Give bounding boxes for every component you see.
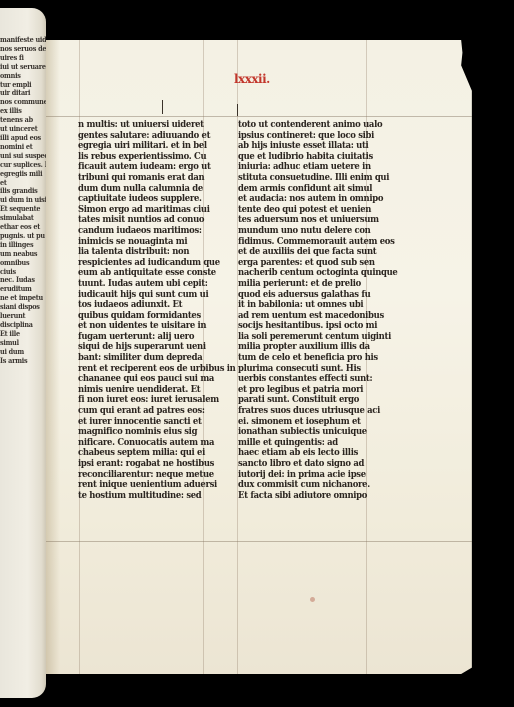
ruling-line-horizontal	[46, 541, 472, 542]
stain-spot	[310, 597, 315, 602]
facing-text-line: Is armis	[0, 357, 37, 366]
text-column-right: toto ut contenderent animo ualoipsius co…	[238, 120, 390, 501]
folio-number: lxxxii.	[234, 72, 270, 86]
ruling-line-horizontal	[46, 116, 472, 117]
text-line: Et facta sibi adiutore omnipo	[238, 491, 375, 502]
text-column-left: n multis: ut uniuersi uideretgentes salu…	[78, 120, 230, 501]
ascender-stroke	[162, 100, 163, 114]
facing-page-text: manifeste uidebnos seruos deuires fiiui …	[0, 36, 44, 366]
facing-left-page: manifeste uidebnos seruos deuires fiiui …	[0, 8, 46, 698]
text-line: te hostium multitudine: sed	[78, 491, 215, 502]
gutter-shadow	[46, 40, 60, 674]
ascender-stroke	[237, 104, 238, 116]
